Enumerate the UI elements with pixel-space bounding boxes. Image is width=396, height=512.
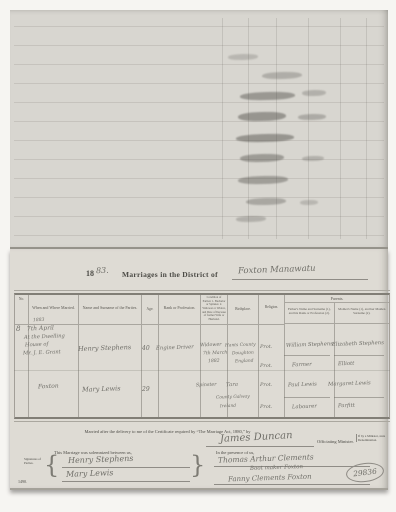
witness-signature-1: Thomas Arthur Clements — [218, 452, 314, 464]
ink-bleed-smudge — [236, 216, 266, 223]
ink-bleed-smudge — [302, 156, 324, 162]
groom-condition-date1: 7th March — [203, 351, 228, 357]
party-signature-bride: Mary Lewis — [66, 468, 114, 479]
entry-number: 8 — [16, 325, 20, 333]
form-number: 1490. — [18, 479, 27, 484]
header-names: Name and Surname of the Parties. — [79, 295, 141, 325]
entry-year: 1883 — [33, 318, 45, 323]
ruled-line — [14, 178, 384, 179]
header-age: Age. — [142, 295, 158, 325]
header-condition: Condition of Parties: 1. Bachelor or Spi… — [201, 295, 227, 325]
register-page: 18 83. Marriages in the District of Foxt… — [10, 249, 388, 490]
ink-bleed-smudge — [246, 197, 286, 205]
header-parents: Parents. — [285, 295, 389, 303]
groom-condition: Widower — [200, 343, 222, 349]
stamp-number: 29836 — [353, 467, 378, 479]
bride-father: Paul Lewis — [288, 381, 317, 388]
groom-religion-2: Prot. — [260, 363, 272, 369]
ruled-line — [14, 121, 384, 122]
ruled-line — [14, 140, 384, 141]
ink-bleed-smudge — [228, 54, 258, 61]
year-prefix: 18 — [86, 269, 94, 278]
mother-cell-line-2 — [334, 397, 384, 398]
header-father: Father's Name and Surname (1), and his R… — [285, 303, 334, 324]
bride-age: 29 — [142, 386, 150, 393]
witness-line-2 — [214, 484, 370, 485]
header-birthplace: Birthplace. — [228, 295, 258, 325]
minister-note: If by a Minister, state Denomination. — [356, 434, 386, 442]
ink-bleed-smudge — [300, 200, 318, 205]
column-age: Age. — [141, 295, 158, 417]
header-no: No. — [15, 295, 28, 325]
entry-place-line3: House of — [25, 342, 49, 349]
witness-1-detail: Boot maker Foxton — [250, 464, 303, 472]
party-signature-groom: Henry Stephens — [68, 454, 134, 465]
ruled-line — [14, 26, 384, 27]
minister-signature-line — [206, 446, 314, 447]
party-signature-line-2 — [62, 481, 190, 482]
scanned-register-photo: 18 83. Marriages in the District of Foxt… — [0, 0, 396, 512]
ink-bleed-smudge — [262, 71, 302, 79]
row-separator — [14, 370, 390, 371]
ruled-line — [14, 64, 384, 65]
bride-condition: Spinster — [196, 383, 217, 389]
bride-religion-1: Prot. — [260, 382, 272, 388]
parties-margin-note: Signatures of Parties. — [24, 457, 46, 465]
left-brace: { — [44, 451, 59, 479]
groom-condition-date2: 1882 — [208, 359, 220, 364]
ink-bleed-smudge — [236, 133, 294, 143]
groom-age: 40 — [142, 345, 150, 352]
minister-label: Officiating Minister. — [317, 439, 354, 444]
previous-page — [10, 10, 388, 249]
ink-bleed-smudge — [298, 114, 326, 121]
header-rank: Rank or Profession. — [159, 295, 200, 325]
column-mother: Mother's Name (1), and her Maiden Surnam… — [334, 303, 389, 417]
groom-birthplace-2: Doughton — [232, 351, 254, 357]
ruled-column-line — [308, 18, 309, 239]
mother-cell-line-1 — [334, 355, 384, 356]
register-table: No. When and Where Married. Name and Sur… — [14, 293, 390, 419]
ruled-line — [14, 216, 384, 217]
page-title: Marriages in the District of — [122, 270, 218, 279]
bride-birthplace-3: Ireland — [220, 404, 236, 410]
ink-bleed-smudge — [238, 175, 288, 184]
ink-bleed-smudge — [240, 153, 284, 162]
column-group-parents: Parents. Father's Name and Surname (1), … — [284, 295, 389, 417]
bride-father-rank: Labourer — [292, 404, 317, 411]
father-cell-line-1 — [284, 355, 330, 356]
header-religion: Religion. — [259, 295, 284, 325]
minister-signature: James Duncan — [220, 430, 293, 445]
ruled-column-line — [222, 18, 223, 239]
ink-bleed-smudge — [302, 90, 326, 97]
bride-mother-maiden: Parfitt — [338, 403, 355, 410]
groom-mother-maiden: Elliott — [338, 361, 355, 368]
father-cell-line-2 — [284, 397, 330, 398]
entry-date: 7th April — [27, 325, 54, 333]
ruled-line — [14, 159, 384, 160]
ruled-column-line — [340, 18, 341, 239]
ruled-line — [14, 83, 384, 84]
ruled-column-line — [366, 18, 367, 239]
ruled-line — [14, 197, 384, 198]
year-handwritten: 83. — [96, 266, 109, 275]
ruled-line — [14, 45, 384, 46]
bride-birthplace-1: Tara — [226, 382, 238, 388]
header-mother: Mother's Name (1), and her Maiden Surnam… — [335, 303, 389, 324]
column-rank: Rank or Profession. — [158, 295, 200, 417]
column-names: Name and Surname of the Parties. — [78, 295, 141, 417]
bride-name: Mary Lewis — [82, 384, 121, 393]
registration-stamp: 29836 — [345, 461, 385, 484]
groom-father-rank: Farmer — [292, 362, 312, 369]
district-name: Foxton Manawatu — [238, 264, 316, 277]
groom-birthplace-3: England — [235, 359, 254, 365]
column-religion: Religion. — [258, 295, 284, 417]
entry-place-town: Foxton — [38, 383, 59, 391]
ink-bleed-smudge — [240, 91, 295, 100]
party-signature-line-1 — [62, 467, 190, 468]
witness-signature-2: Fanny Clements Foxton — [228, 473, 312, 484]
groom-religion-1: Prot. — [260, 344, 272, 350]
district-underline — [232, 279, 368, 280]
groom-birthplace-1: Hants County — [225, 342, 256, 348]
parties-right-brace: } — [190, 451, 205, 479]
ruled-line — [14, 235, 384, 236]
ruled-column-line — [276, 18, 277, 239]
ruled-column-line — [248, 18, 249, 239]
bride-religion-2: Prot. — [260, 404, 272, 410]
ruled-line — [14, 102, 384, 103]
column-father: Father's Name and Surname (1), and his R… — [285, 303, 334, 417]
